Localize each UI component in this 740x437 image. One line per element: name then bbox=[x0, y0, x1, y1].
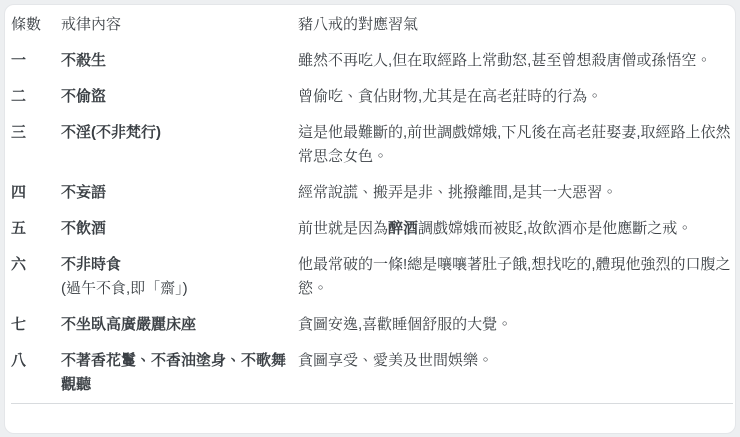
habit-cell: 曾偷吃、貪佔財物,尤其是在高老莊時的行為。 bbox=[298, 79, 733, 115]
table-row: 七 不坐臥高廣嚴麗床座 貪圖安逸,喜歡睡個舒服的大覺。 bbox=[11, 307, 733, 343]
table-row: 四 不妄語 經常說謊、搬弄是非、挑撥離間,是其一大惡習。 bbox=[11, 175, 733, 211]
table-row: 六 不非時食(過午不食,即「齋」) 他最常破的一條!總是嚷嚷著肚子餓,想找吃的,… bbox=[11, 247, 733, 307]
habit-cell: 貪圖安逸,喜歡睡個舒服的大覺。 bbox=[298, 307, 733, 343]
precept-cell: 不妄語 bbox=[61, 175, 298, 211]
row-number-cell: 四 bbox=[11, 175, 61, 211]
row-number-cell: 七 bbox=[11, 307, 61, 343]
row-number-cell: 六 bbox=[11, 247, 61, 307]
habit-text: 前世就是因為 bbox=[298, 220, 388, 237]
row-number-cell: 五 bbox=[11, 211, 61, 247]
table-row: 二 不偷盜 曾偷吃、貪佔財物,尤其是在高老莊時的行為。 bbox=[11, 79, 733, 115]
habit-text: 調戲嫦娥而被貶,故飲酒亦是他應斷之戒。 bbox=[418, 220, 692, 237]
row-number-cell: 八 bbox=[11, 343, 61, 404]
habit-text-emphasis: 醉酒 bbox=[388, 220, 418, 237]
habit-cell: 前世就是因為醉酒調戲嫦娥而被貶,故飲酒亦是他應斷之戒。 bbox=[298, 211, 733, 247]
habit-cell: 這是他最難斷的,前世調戲嫦娥,下凡後在高老莊娶妻,取經路上依然常思念女色。 bbox=[298, 115, 733, 175]
row-number-cell: 二 bbox=[11, 79, 61, 115]
precept-note: (過午不食,即「齋」) bbox=[61, 277, 298, 301]
table-row: 五 不飲酒 前世就是因為醉酒調戲嫦娥而被貶,故飲酒亦是他應斷之戒。 bbox=[11, 211, 733, 247]
header-cell-precept: 戒律內容 bbox=[61, 7, 298, 43]
precepts-table: 條數 戒律內容 豬八戒的對應習氣 一 不殺生 雖然不再吃人,但在取經路上常動怒,… bbox=[11, 7, 733, 404]
precept-cell: 不坐臥高廣嚴麗床座 bbox=[61, 307, 298, 343]
header-cell-number: 條數 bbox=[11, 7, 61, 43]
table-row: 一 不殺生 雖然不再吃人,但在取經路上常動怒,甚至曾想殺唐僧或孫悟空。 bbox=[11, 43, 733, 79]
table-body: 一 不殺生 雖然不再吃人,但在取經路上常動怒,甚至曾想殺唐僧或孫悟空。 二 不偷… bbox=[11, 43, 733, 404]
precept-cell: 不著香花鬘、不香油塗身、不歌舞觀聽 bbox=[61, 343, 298, 404]
precept-cell: 不偷盜 bbox=[61, 79, 298, 115]
precept-title: 不非時食 bbox=[61, 256, 121, 273]
precept-cell: 不殺生 bbox=[61, 43, 298, 79]
habit-cell: 雖然不再吃人,但在取經路上常動怒,甚至曾想殺唐僧或孫悟空。 bbox=[298, 43, 733, 79]
content-card: 條數 戒律內容 豬八戒的對應習氣 一 不殺生 雖然不再吃人,但在取經路上常動怒,… bbox=[4, 4, 736, 434]
habit-cell: 他最常破的一條!總是嚷嚷著肚子餓,想找吃的,體現他強烈的口腹之慾。 bbox=[298, 247, 733, 307]
precept-cell: 不非時食(過午不食,即「齋」) bbox=[61, 247, 298, 307]
table-row: 八 不著香花鬘、不香油塗身、不歌舞觀聽 貪圖享受、愛美及世間娛樂。 bbox=[11, 343, 733, 404]
row-number-cell: 三 bbox=[11, 115, 61, 175]
table-header: 條數 戒律內容 豬八戒的對應習氣 bbox=[11, 7, 733, 43]
habit-cell: 經常說謊、搬弄是非、挑撥離間,是其一大惡習。 bbox=[298, 175, 733, 211]
precept-cell: 不淫(不非梵行) bbox=[61, 115, 298, 175]
row-number-cell: 一 bbox=[11, 43, 61, 79]
header-row: 條數 戒律內容 豬八戒的對應習氣 bbox=[11, 7, 733, 43]
precept-cell: 不飲酒 bbox=[61, 211, 298, 247]
header-cell-habit: 豬八戒的對應習氣 bbox=[298, 7, 733, 43]
table-row: 三 不淫(不非梵行) 這是他最難斷的,前世調戲嫦娥,下凡後在高老莊娶妻,取經路上… bbox=[11, 115, 733, 175]
habit-cell: 貪圖享受、愛美及世間娛樂。 bbox=[298, 343, 733, 404]
